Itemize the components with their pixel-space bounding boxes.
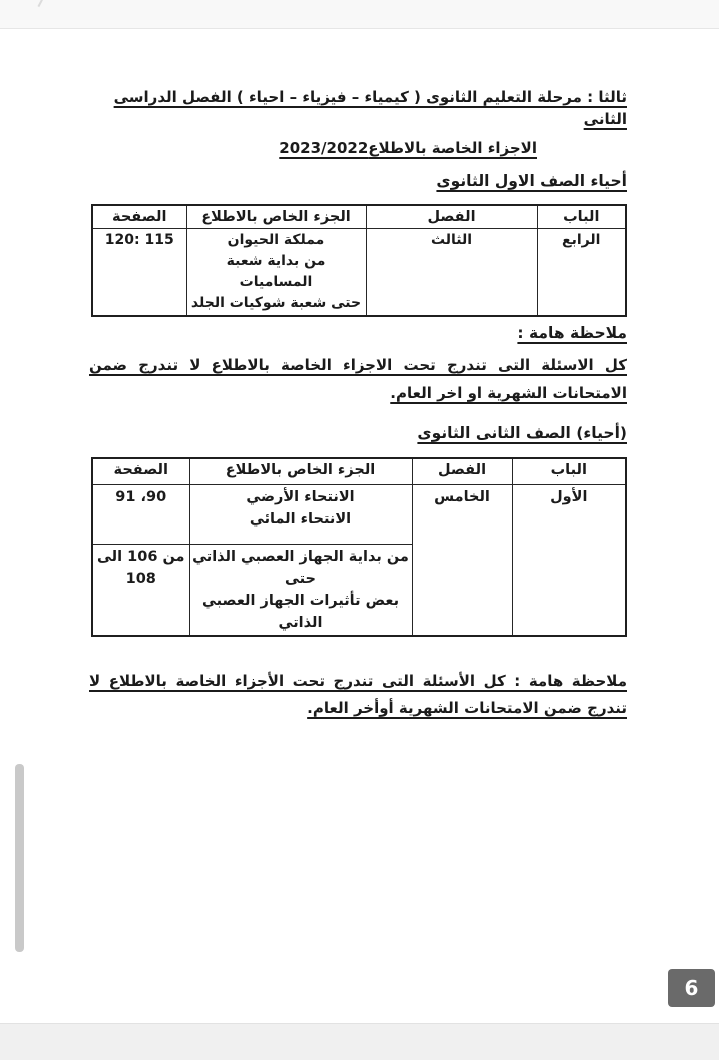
section2-heading: (أحياء) الصف الثانى الثانوى: [89, 422, 627, 444]
section1-table: الباب الفصل الجزء الخاص بالاطلاع الصفحة …: [91, 204, 627, 317]
col-header-bab: الباب: [512, 458, 626, 484]
cell-part: الانتحاء الأرضي الانتحاء المائي: [189, 484, 412, 544]
table-row: الأول الخامس الانتحاء الأرضي الانتحاء ال…: [92, 484, 626, 544]
scrollbar-thumb[interactable]: [15, 764, 24, 952]
document-title-line1: ثالثا : مرحلة التعليم الثانوى ( كيمياء –…: [89, 86, 627, 130]
page-number-badge: 6: [668, 969, 715, 1007]
col-header-part: الجزء الخاص بالاطلاع: [189, 458, 412, 484]
cell-bab: الرابع: [537, 229, 626, 317]
cell-page: من 106 الى 108: [92, 544, 189, 636]
viewer-top-bar: [0, 0, 719, 29]
col-header-fasl: الفصل: [366, 205, 537, 229]
cell-fasl: الخامس: [412, 484, 512, 636]
cell-page: 91 ،90: [92, 484, 189, 544]
page-range: 91 ،90: [115, 489, 166, 505]
document-content: ثالثا : مرحلة التعليم الثانوى ( كيمياء –…: [0, 30, 719, 722]
section2-table: الباب الفصل الجزء الخاص بالاطلاع الصفحة …: [91, 457, 627, 637]
table-header-row: الباب الفصل الجزء الخاص بالاطلاع الصفحة: [92, 458, 626, 484]
table-row: الرابع الثالث مملكة الحيوان من بداية شعب…: [92, 229, 626, 317]
document-page: ثالثا : مرحلة التعليم الثانوى ( كيمياء –…: [0, 30, 719, 1023]
note-heading: ملاحظة هامة :: [89, 322, 627, 344]
col-header-page: الصفحة: [92, 458, 189, 484]
note-body-2: ملاحظة هامة : كل الأسئلة التى تندرج تحت …: [89, 668, 627, 722]
scan-artifact-mark: [37, 0, 51, 10]
cell-bab: الأول: [512, 484, 626, 636]
col-header-fasl: الفصل: [412, 458, 512, 484]
cell-page: 120: 115: [92, 229, 186, 317]
screen: ثالثا : مرحلة التعليم الثانوى ( كيمياء –…: [0, 0, 719, 1060]
viewer-bottom-strip: [0, 1023, 719, 1060]
col-header-page: الصفحة: [92, 205, 186, 229]
cell-part: مملكة الحيوان من بداية شعبة المساميات حت…: [186, 229, 366, 317]
cell-part: من بداية الجهاز العصبي الذاتي حتى بعض تأ…: [189, 544, 412, 636]
col-header-bab: الباب: [537, 205, 626, 229]
section1-heading: أحياء الصف الاول الثانوى: [89, 170, 627, 192]
page-range: 120: 115: [105, 232, 174, 248]
table-header-row: الباب الفصل الجزء الخاص بالاطلاع الصفحة: [92, 205, 626, 229]
cell-fasl: الثالث: [366, 229, 537, 317]
note-body: كل الاسئلة التى تندرج تحت الاجزاء الخاصة…: [89, 351, 627, 407]
document-title-line2: الاجزاء الخاصة بالاطلاع2023/2022: [89, 137, 537, 159]
col-header-part: الجزء الخاص بالاطلاع: [186, 205, 366, 229]
